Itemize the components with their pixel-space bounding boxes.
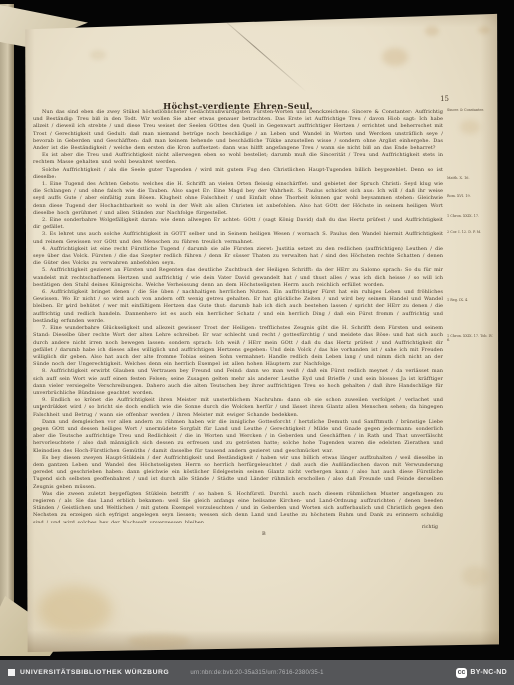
- library-branding: UNIVERSITÄTSBIBLIOTHEK WÜRZBURG: [7, 668, 169, 677]
- body-paragraph: Nun das sind eben die zwey Stükel höchst…: [33, 109, 443, 152]
- body-paragraph: 2. Eine sonderbahre Wolgefälligkeit dara…: [33, 217, 443, 231]
- library-name: UNIVERSITÄTSBIBLIOTHEK WÜRZBURG: [20, 669, 169, 676]
- paper-stain: [38, 586, 112, 634]
- signature-mark: B: [262, 531, 266, 537]
- paper-crease: [219, 16, 306, 92]
- body-paragraph: 4. Auffrichtigkeit ist eine recht Fürstl…: [33, 246, 443, 268]
- margin-note: 1 Reg. IX. 4.: [447, 298, 497, 302]
- cc-icon: cc: [456, 668, 468, 678]
- library-logo-icon: [7, 668, 16, 677]
- body-paragraph: 5. Auffrichtigkeit gezieret an Fürsten u…: [33, 267, 443, 289]
- body-paragraph: 9. Endlich so krönet die Auffrichtigkeit…: [33, 397, 443, 419]
- body-paragraph: 7. Eine wunderbahre Glückseligkeit und a…: [33, 325, 443, 368]
- margin-note: Matth. X. 16.: [447, 176, 497, 180]
- body-text: Nun das sind eben die zwey Stükel höchst…: [33, 109, 443, 523]
- body-paragraph: 3. Es lehret uns auch solche Auffrichtig…: [33, 231, 443, 245]
- license-badge: cc BY-NC-ND: [456, 668, 507, 678]
- paper-stain: [382, 48, 408, 66]
- body-paragraph: 8. Auffrichtigkeit erwirbt Glauben und V…: [33, 368, 443, 397]
- body-paragraph: Was die zween zuletzt beygefügten Stükle…: [33, 491, 443, 523]
- paper-stain: [128, 634, 190, 648]
- margin-note: Rom. XVI. 19.: [447, 194, 497, 198]
- body-paragraph: Es ist aber die Treu und Auffrichtigkeit…: [33, 152, 443, 166]
- urn-text: urn:nbn:de:bvb:20-35a315/urn:7616-2380/3…: [190, 670, 323, 676]
- paper-stain: [90, 50, 106, 60]
- paper-stain: [425, 26, 439, 36]
- margin-note: 1 Chron. XXIX. 17.: [447, 214, 497, 218]
- margin-notes: Sincer. & Constanter.Matth. X. 16.Rom. X…: [447, 8, 499, 656]
- margin-note: 2 Cor. I. 12. D. P. M.: [447, 230, 497, 234]
- body-paragraph: 1. Eine Tugend des Achten Gebots: welche…: [33, 181, 443, 217]
- license-text: BY-NC-ND: [470, 669, 507, 676]
- body-paragraph: Es bey diesen zweyen Haupt-Stüklein / de…: [33, 455, 443, 491]
- body-paragraph: Solche Auffrichtigkeit / als die Seele g…: [33, 167, 443, 181]
- viewer-footer: UNIVERSITÄTSBIBLIOTHEK WÜRZBURG urn:nbn:…: [0, 660, 514, 685]
- facing-page-edge: [0, 4, 14, 656]
- margin-note: Sincer. & Constanter.: [447, 108, 497, 112]
- catchword: richtig: [422, 525, 438, 530]
- body-paragraph: 6. Auffrichtigkeit bringet denen / die S…: [33, 289, 443, 325]
- body-paragraph: Dann und demgleichen vor allen andern zu…: [33, 419, 443, 455]
- scan-viewer: Höchst-verdiente Ehren-Seul. 15 Nun das …: [0, 0, 514, 685]
- margin-note: 1 Chron. XXIX. 17. Tob. IV. 6.: [447, 334, 497, 342]
- book-page-scan: Höchst-verdiente Ehren-Seul. 15 Nun das …: [10, 8, 500, 656]
